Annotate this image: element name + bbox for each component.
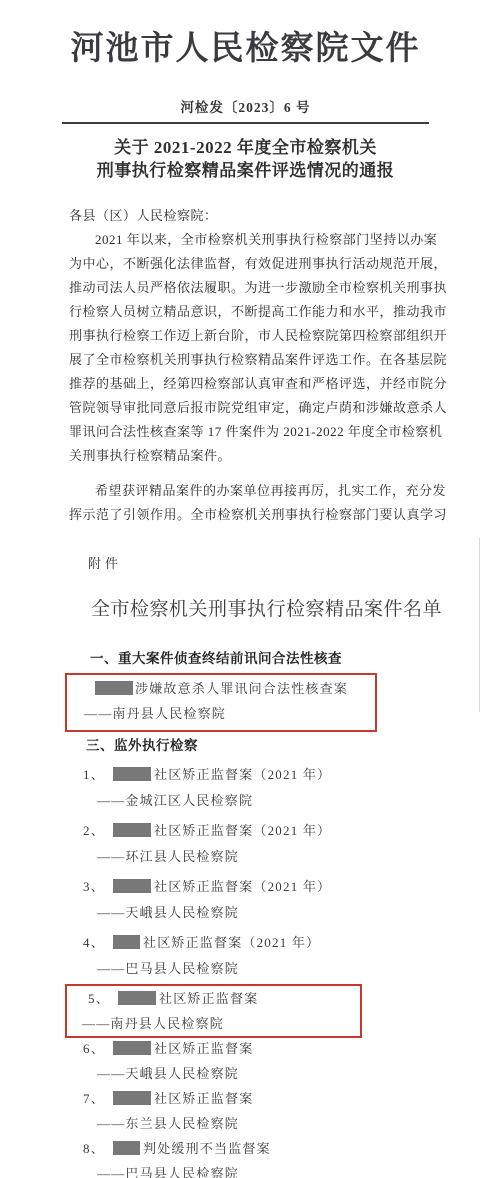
case-name-text: 社区矫正监督案（2021 年） xyxy=(143,935,320,950)
list-item: 6、社区矫正监督案 ——天峨县人民检察院 xyxy=(0,1036,491,1086)
item-number: 4、 xyxy=(83,930,113,956)
highlight-box-section1: 涉嫌故意杀人罪讯问合法性核查案 ——南丹县人民检察院 xyxy=(65,673,377,732)
court-name: ——天峨县人民检察院 xyxy=(0,1061,491,1086)
list-item: 8、判处缓刑不当监督案 ——巴马县人民检察院 xyxy=(0,1136,491,1178)
body-text: 各县（区）人民检察院： 2021 年以来，全市检察机关刑事执行检察部门坚持以办案… xyxy=(69,204,491,527)
body-text-line: 为中心，不断强化法律监督，有效促进刑事执行活动规范开展， xyxy=(69,252,491,276)
document-title-line2: 刑事执行检察精品案件评选情况的通报 xyxy=(0,159,491,182)
case-name-text: 涉嫌故意杀人罪讯问合法性核查案 xyxy=(135,681,348,696)
case-name-text: 社区矫正监督案 xyxy=(159,991,258,1006)
list-item: 5、社区矫正监督案 ——南丹县人民检察院 xyxy=(67,986,360,1036)
section-heading-3: 三、监外执行检察 xyxy=(86,738,491,754)
body-text-line: 关刑事执行检察精品案件。 xyxy=(69,444,491,468)
item-number: 1、 xyxy=(83,762,113,788)
case-name: 涉嫌故意杀人罪讯问合法性核查案 xyxy=(67,676,375,701)
item-number: 7、 xyxy=(83,1086,113,1111)
item-number: 2、 xyxy=(83,818,113,844)
case-list: 1、社区矫正监督案（2021 年） ——金城江区人民检察院 2、社区矫正监督案（… xyxy=(0,762,491,1178)
document-page: 河池市人民检察院文件 河检发〔2023〕6 号 关于 2021-2022 年度全… xyxy=(0,0,491,1178)
case-name-text: 社区矫正监督案（2021 年） xyxy=(154,823,331,838)
body-text-line: 展了全市检察机关刑事执行检察精品案件评选工作。在各基层院 xyxy=(69,348,491,372)
body-text-line: 希望获评精品案件的办案单位再接再厉，扎实工作，充分发 xyxy=(69,479,491,503)
case-name: 4、社区矫正监督案（2021 年） xyxy=(0,930,491,956)
section-heading-1: 一、重大案件侦查终结前讯问合法性核查 xyxy=(90,651,491,667)
list-item: 7、社区矫正监督案 ——东兰县人民检察院 xyxy=(0,1086,491,1136)
court-name: ——巴马县人民检察院 xyxy=(0,956,491,982)
redaction-block xyxy=(95,681,133,695)
item-number: 8、 xyxy=(83,1136,113,1161)
body-text-line: 罪讯问合法性核查案等 17 件案件为 2021-2022 年度全市检察机 xyxy=(69,420,491,444)
highlight-box-item5: 5、社区矫正监督案 ——南丹县人民检察院 xyxy=(65,984,362,1038)
court-name: ——金城江区人民检察院 xyxy=(0,788,491,814)
item-number: 6、 xyxy=(83,1036,113,1061)
court-name: ——东兰县人民检察院 xyxy=(0,1111,491,1136)
redaction-block xyxy=(113,767,151,781)
body-text-line: 刑事执行检察工作迈上新台阶，市人民检察院第四检察部组织开 xyxy=(69,324,491,348)
body-text-line: 2021 年以来，全市检察机关刑事执行检察部门坚持以办案 xyxy=(69,228,491,252)
case-name-text: 社区矫正监督案（2021 年） xyxy=(154,767,331,782)
court-name: ——环江县人民检察院 xyxy=(0,844,491,870)
body-paragraph-2: 希望获评精品案件的办案单位再接再厉，扎实工作，充分发 挥示范了引领作用。全市检察… xyxy=(69,479,491,527)
body-text-line: 挥示范了引领作用。全市检察机关刑事执行检察部门要认真学习 xyxy=(69,503,491,527)
header-divider xyxy=(62,122,429,124)
list-item: 3、社区矫正监督案（2021 年） ——天峨县人民检察院 xyxy=(0,874,491,926)
document-title-line1: 关于 2021-2022 年度全市检察机关 xyxy=(0,136,491,159)
item-number: 5、 xyxy=(88,986,118,1011)
item-number: 3、 xyxy=(83,874,113,900)
case-name-text: 社区矫正监督案（2021 年） xyxy=(154,879,331,894)
document-title: 关于 2021-2022 年度全市检察机关 刑事执行检察精品案件评选情况的通报 xyxy=(0,136,491,182)
case-name-text: 社区矫正监督案 xyxy=(154,1091,253,1106)
case-name-text: 判处缓刑不当监督案 xyxy=(143,1141,271,1156)
case-name: 7、社区矫正监督案 xyxy=(0,1086,491,1111)
body-text-line: 推动司法人员严格依法履职。为进一步激励全市检察机关刑事执 xyxy=(69,276,491,300)
court-name: ——天峨县人民检察院 xyxy=(0,900,491,926)
court-name: ——南丹县人民检察院 xyxy=(67,701,375,726)
redaction-block xyxy=(113,823,151,837)
redaction-block xyxy=(118,991,156,1005)
list-item: 4、社区矫正监督案（2021 年） ——巴马县人民检察院 xyxy=(0,930,491,982)
document-number: 河检发〔2023〕6 号 xyxy=(0,96,491,116)
body-text-line: 管院领导审批同意后报市院党组审定，确定卢荫和涉嫌故意杀人 xyxy=(69,396,491,420)
case-name: 8、判处缓刑不当监督案 xyxy=(0,1136,491,1161)
case-name: 6、社区矫正监督案 xyxy=(0,1036,491,1061)
attachment-title: 全市检察机关刑事执行检察精品案件名单 xyxy=(91,598,491,622)
redaction-block xyxy=(113,1141,140,1155)
redaction-block xyxy=(113,1041,151,1055)
document-org-title: 河池市人民检察院文件 xyxy=(0,22,491,69)
case-name: 3、社区矫正监督案（2021 年） xyxy=(0,874,491,900)
redaction-block xyxy=(113,935,140,949)
court-name: ——南丹县人民检察院 xyxy=(67,1011,360,1036)
body-text-line: 推荐的基础上，经第四检察部认真审查和严格评选，并经市院分 xyxy=(69,372,491,396)
redaction-block xyxy=(113,1091,151,1105)
redaction-block xyxy=(113,879,151,893)
case-name: 5、社区矫正监督案 xyxy=(67,986,360,1011)
court-name: ——巴马县人民检察院 xyxy=(0,1161,491,1178)
case-name: 1、社区矫正监督案（2021 年） xyxy=(0,762,491,788)
case-name-text: 社区矫正监督案 xyxy=(154,1041,253,1056)
scan-edge-artifact xyxy=(479,538,480,712)
list-item: 1、社区矫正监督案（2021 年） ——金城江区人民检察院 xyxy=(0,762,491,814)
attachment-label: 附件 xyxy=(88,553,491,572)
list-item: 2、社区矫正监督案（2021 年） ——环江县人民检察院 xyxy=(0,818,491,870)
case-name: 2、社区矫正监督案（2021 年） xyxy=(0,818,491,844)
body-text-line: 行检察人员树立精品意识，不断提高工作能力和水平，推动我市 xyxy=(69,300,491,324)
salutation: 各县（区）人民检察院： xyxy=(69,204,491,228)
